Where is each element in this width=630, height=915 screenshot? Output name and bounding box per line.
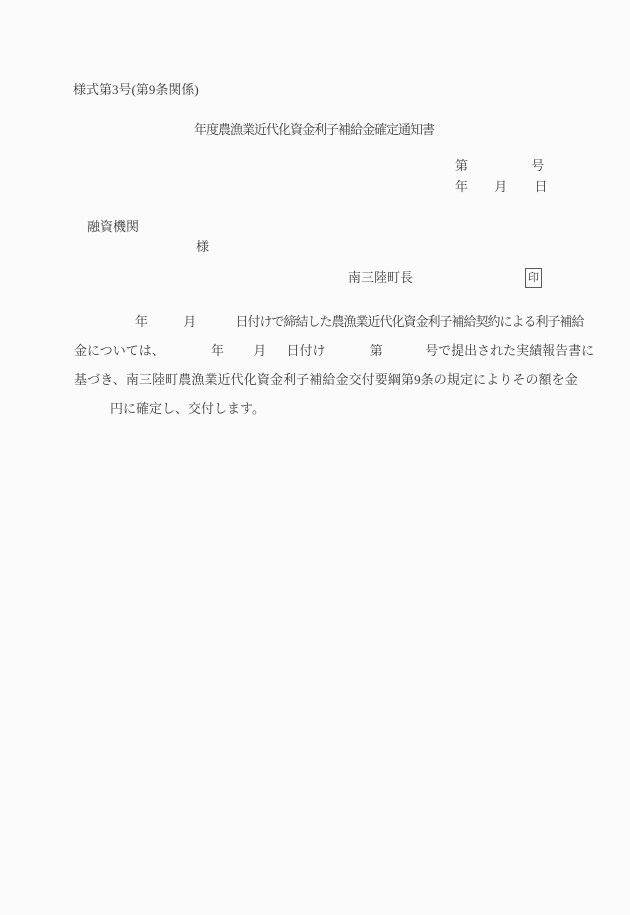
document-page: 様式第3号(第9条関係) 年度農漁業近代化資金利子補給金確定通知書 第 号 年 … [0,0,630,915]
body-paragraph-line-2: 金については、 年 月 日付け 第 号で提出された実績報告書に [74,343,594,359]
body-line1-text: 日付けで締結した農漁業近代化資金利子補給契約による利子補給 [236,314,584,330]
date-day-label: 日 [535,179,548,195]
body-line1-year-label: 年 [135,314,148,330]
body-paragraph-line-4: 円に確定し、交付します。 [110,401,265,417]
body-line2-month-label: 月 [253,343,266,359]
doc-number-prefix: 第 [455,158,468,174]
body-line2-lead: 金については、 [74,343,165,359]
seal-stamp: 印 [525,268,542,288]
document-title: 年度農漁業近代化資金利子補給金確定通知書 [194,122,434,138]
body-paragraph-line-3: 基づき、南三陸町農漁業近代化資金利子補給金交付要綱第9条の規定によりその額を金 [74,372,578,388]
body-line2-number-prefix: 第 [370,343,383,359]
body-line2-text: 号で提出された実績報告書に [425,343,594,359]
date-line: 年 月 日 [455,179,548,195]
recipient-honorific: 様 [196,239,209,255]
date-year-label: 年 [455,179,468,195]
body-line2-date-label: 日付け [287,343,326,359]
body-line2-year-label: 年 [211,343,224,359]
form-number: 様式第3号(第9条関係) [73,82,199,98]
date-month-label: 月 [494,179,507,195]
doc-number-suffix: 号 [531,158,544,174]
body-line1-month-label: 月 [183,314,196,330]
document-number-line: 第 号 [455,158,544,174]
recipient-organization: 融資機関 [87,219,139,235]
issuer-title: 南三陸町長 [348,270,413,286]
body-paragraph-line-1: 年 月 日付けで締結した農漁業近代化資金利子補給契約による利子補給 [135,314,584,330]
